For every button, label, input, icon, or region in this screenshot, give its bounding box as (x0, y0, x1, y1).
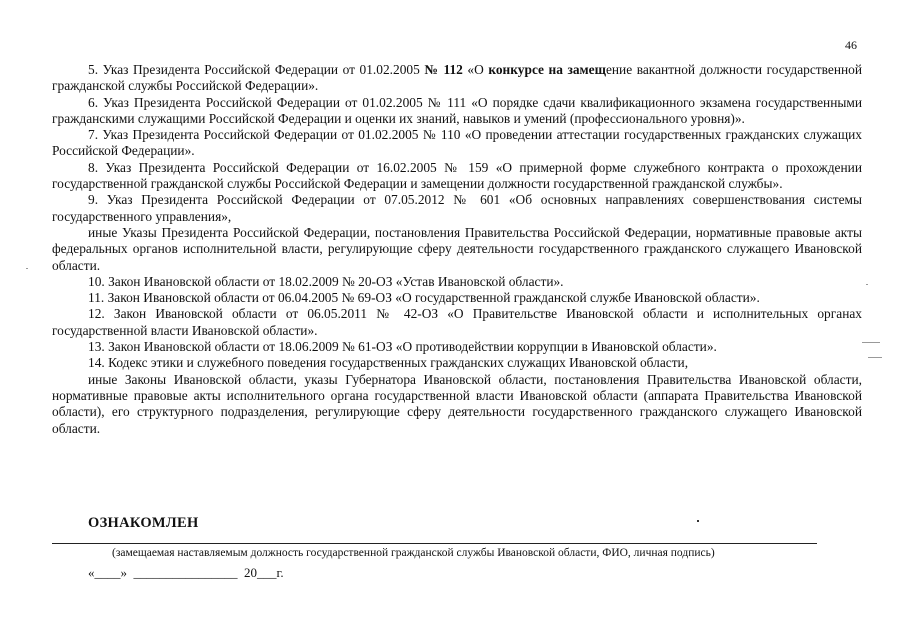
page-number: 46 (845, 38, 857, 53)
paragraph-item-10: 10. Закон Ивановской области от 18.02.20… (52, 274, 862, 290)
paragraph-bold-text: № 112 (424, 62, 463, 77)
scan-noise (26, 268, 28, 269)
scan-noise (866, 284, 868, 285)
paragraph-bold-text: конкурсе на замещ (488, 62, 606, 77)
paragraph-item-13: 13. Закон Ивановской области от 18.06.20… (52, 339, 862, 355)
scan-noise (868, 357, 882, 358)
date-line: «____» ________________ 20___г. (88, 565, 284, 581)
document-body: 5. Указ Президента Российской Федерации … (52, 62, 862, 437)
paragraph-item-5: 5. Указ Президента Российской Федерации … (52, 62, 862, 95)
scan-noise (697, 520, 699, 522)
paragraph-item-6: 6. Указ Президента Российской Федерации … (52, 95, 862, 128)
signature-line (52, 543, 817, 544)
signature-caption: (замещаемая наставляемым должность госуд… (112, 547, 715, 559)
acknowledgement-title: ОЗНАКОМЛЕН (88, 515, 199, 532)
paragraph-item-7: 7. Указ Президента Российской Федерации … (52, 127, 862, 160)
scan-noise (862, 342, 880, 343)
paragraph-text: «О (463, 62, 488, 77)
paragraph-item-8: 8. Указ Президента Российской Федерации … (52, 160, 862, 193)
paragraph-item-12: 12. Закон Ивановской области от 06.05.20… (52, 306, 862, 339)
paragraph-item-9: 9. Указ Президента Российской Федерации … (52, 192, 862, 225)
paragraph-item-14: 14. Кодекс этики и служебного поведения … (52, 355, 862, 371)
paragraph-item-11: 11. Закон Ивановской области от 06.04.20… (52, 290, 862, 306)
paragraph-other-federal-acts: иные Указы Президента Российской Федерац… (52, 225, 862, 274)
paragraph-text: 5. Указ Президента Российской Федерации … (88, 62, 424, 77)
paragraph-other-regional-acts: иные Законы Ивановской области, указы Гу… (52, 372, 862, 437)
